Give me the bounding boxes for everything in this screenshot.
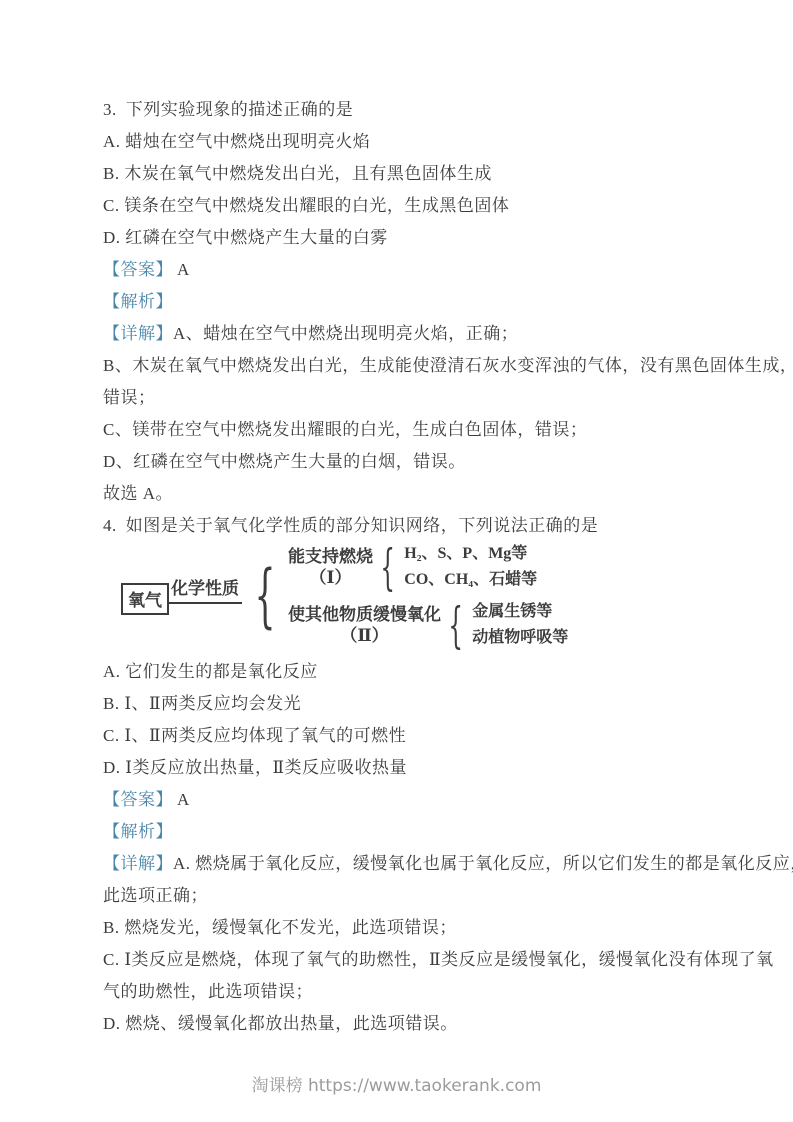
option-b: B. Ⅰ、Ⅱ两类反应均会发光 [103, 694, 763, 714]
question-4-block: 4.如图是关于氧气化学性质的部分知识网络，下列说法正确的是 氧气化学性质 { 能… [103, 516, 763, 1034]
detail-line: 错误； [103, 388, 763, 408]
branch-slow-oxidation: 使其他物质缓慢氧化 （Ⅱ） { 金属生锈等 动植物呼吸等 [288, 599, 568, 651]
option-a: A. 它们发生的都是氧化反应 [103, 662, 763, 682]
branch-label: 能支持燃烧 （Ⅰ） [288, 546, 373, 588]
branch-supports-combustion: 能支持燃烧 （Ⅰ） { H₂、S、P、Mg等 CO、CH₄、石蜡等 [288, 541, 568, 593]
diagram-root-group: 氧气化学性质 [121, 572, 242, 604]
analysis-label: 【解析】 [103, 292, 173, 311]
option-d: D. Ⅰ类反应放出热量，Ⅱ类反应吸收热量 [103, 758, 763, 778]
small-brace: { [448, 601, 463, 649]
detail-intro-line: 【详解】A、蜡烛在空气中燃烧出现明亮火焰，正确； [103, 324, 763, 344]
diagram-branches: 能支持燃烧 （Ⅰ） { H₂、S、P、Mg等 CO、CH₄、石蜡等 使其他物质缓… [288, 541, 568, 651]
detail-line: D、红磷在空气中燃烧产生大量的白烟，错误。 [103, 452, 763, 472]
detail-line: 气的助燃性，此选项错误； [103, 982, 763, 1002]
question-number: 4. [103, 516, 117, 535]
option-d: D. 红磷在空气中燃烧产生大量的白雾 [103, 228, 763, 248]
detail-label: 【详解】 [103, 854, 173, 873]
option-b: B. 木炭在氧气中燃烧发出白光，且有黑色固体生成 [103, 164, 763, 184]
question-stem: 如图是关于氧气化学性质的部分知识网络，下列说法正确的是 [126, 516, 599, 535]
detail-line: D. 燃烧、缓慢氧化都放出热量，此选项错误。 [103, 1014, 763, 1034]
analysis-label-line: 【解析】 [103, 292, 763, 312]
answer-label: 【答案】 [103, 790, 173, 809]
branch-item: CO、CH₄、石蜡等 [404, 567, 537, 593]
detail-intro-line: 【详解】A. 燃烧属于氧化反应，缓慢氧化也属于氧化反应，所以它们发生的都是氧化反… [103, 854, 763, 874]
detail-line: B、木炭在氧气中燃烧发出白光，生成能使澄清石灰水变浑浊的气体，没有黑色固体生成， [103, 356, 763, 376]
branch-item: 金属生锈等 [472, 599, 568, 625]
answer-value: A [177, 260, 190, 279]
document-page: 3.下列实验现象的描述正确的是 A. 蜡烛在空气中燃烧出现明亮火焰 B. 木炭在… [103, 100, 763, 1046]
branch-label: 使其他物质缓慢氧化 （Ⅱ） [288, 604, 441, 646]
oxygen-node: 氧气 [121, 583, 169, 615]
answer-label: 【答案】 [103, 260, 173, 279]
option-c: C. Ⅰ、Ⅱ两类反应均体现了氧气的可燃性 [103, 726, 763, 746]
question-3-stem-line: 3.下列实验现象的描述正确的是 [103, 100, 763, 120]
small-brace: { [380, 543, 395, 591]
question-4-stem-line: 4.如图是关于氧气化学性质的部分知识网络，下列说法正确的是 [103, 516, 763, 536]
branch-label-text: 能支持燃烧 [288, 546, 373, 567]
chemical-property-link: 化学性质 [169, 574, 242, 604]
detail-intro-text: A、蜡烛在空气中燃烧出现明亮火焰，正确； [173, 324, 518, 343]
answer-line: 【答案】A [103, 790, 763, 810]
branch-item: H₂、S、P、Mg等 [404, 541, 537, 567]
branch-roman-numeral: （Ⅰ） [288, 567, 373, 588]
conclusion-line: 故选 A。 [103, 484, 763, 504]
analysis-label: 【解析】 [103, 822, 173, 841]
option-a: A. 蜡烛在空气中燃烧出现明亮火焰 [103, 132, 763, 152]
question-number: 3. [103, 100, 117, 119]
branch-label-text: 使其他物质缓慢氧化 [288, 604, 441, 625]
answer-value: A [177, 790, 190, 809]
knowledge-network-diagram: 氧气化学性质 { 能支持燃烧 （Ⅰ） { H₂、S、P、Mg等 CO、CH₄、石… [121, 542, 763, 650]
branch-items: H₂、S、P、Mg等 CO、CH₄、石蜡等 [404, 541, 537, 593]
answer-line: 【答案】A [103, 260, 763, 280]
question-stem: 下列实验现象的描述正确的是 [126, 100, 354, 119]
detail-line: 此选项正确； [103, 886, 763, 906]
question-3-block: 3.下列实验现象的描述正确的是 A. 蜡烛在空气中燃烧出现明亮火焰 B. 木炭在… [103, 100, 763, 504]
option-c: C. 镁条在空气中燃烧发出耀眼的白光，生成黑色固体 [103, 196, 763, 216]
detail-label: 【详解】 [103, 324, 173, 343]
big-brace: { [255, 566, 276, 627]
detail-line: B. 燃烧发光，缓慢氧化不发光，此选项错误； [103, 918, 763, 938]
detail-line: C、镁带在空气中燃烧发出耀眼的白光，生成白色固体，错误； [103, 420, 763, 440]
branch-item: 动植物呼吸等 [472, 625, 568, 651]
analysis-label-line: 【解析】 [103, 822, 763, 842]
detail-line: C. Ⅰ类反应是燃烧，体现了氧气的助燃性，Ⅱ类反应是缓慢氧化，缓慢氧化没有体现了… [103, 950, 763, 970]
branch-items: 金属生锈等 动植物呼吸等 [472, 599, 568, 651]
detail-intro-text: A. 燃烧属于氧化反应，缓慢氧化也属于氧化反应，所以它们发生的都是氧化反应， [173, 854, 793, 873]
site-watermark: 淘课榜 https://www.taokerank.com [0, 1071, 793, 1096]
branch-roman-numeral: （Ⅱ） [288, 625, 441, 646]
